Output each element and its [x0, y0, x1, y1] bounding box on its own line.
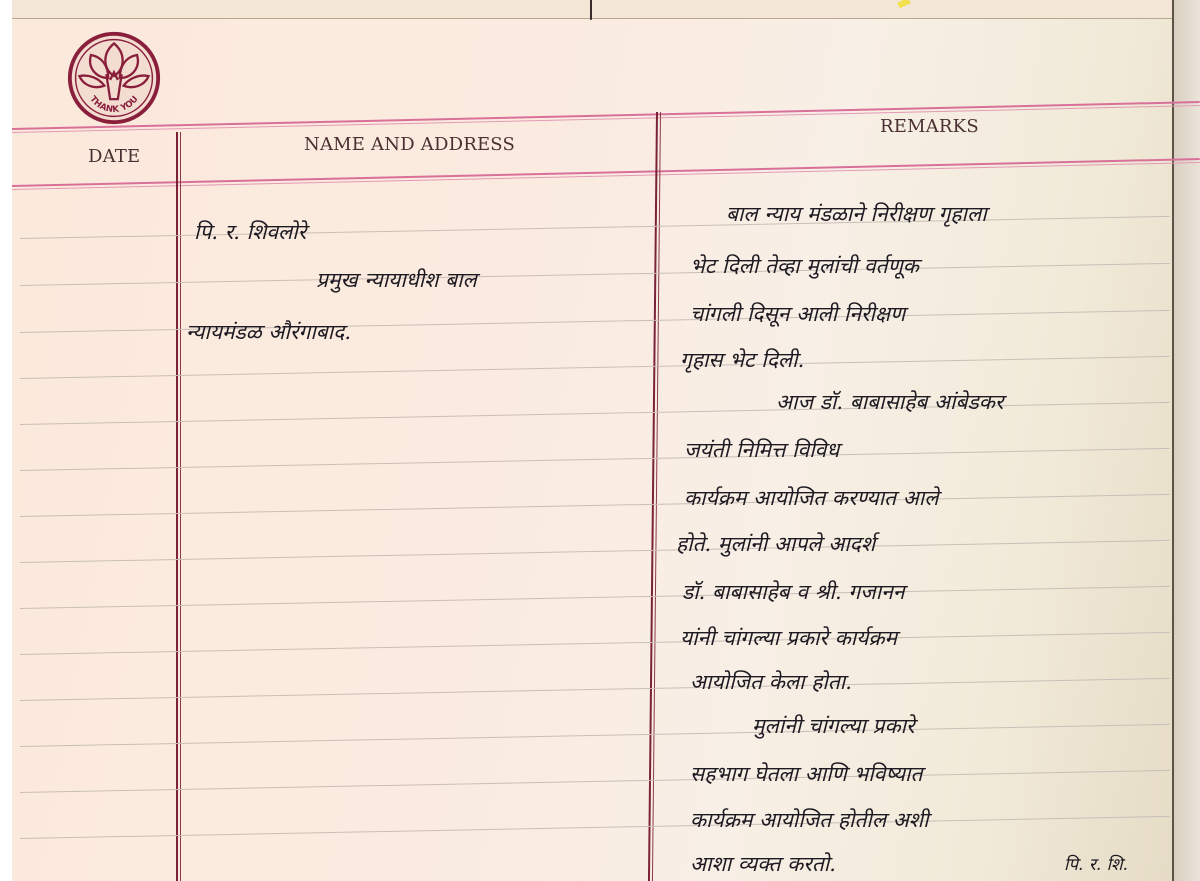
name-line: पि. र. शिवलोरे — [194, 218, 306, 246]
remarks-line: कार्यक्रम आयोजित होतील अशी — [690, 806, 929, 834]
remarks-line: होते. मुलांनी आपले आदर्श — [676, 530, 875, 558]
thank-you-stamp-icon: THANK YOU — [66, 30, 162, 126]
remarks-line: यांनी चांगल्या प्रकारे कार्यक्रम — [680, 624, 897, 652]
remarks-line: जयंती निमित्त विविध — [684, 436, 839, 464]
remarks-line: सहभाग घेतला आणि भविष्यात — [690, 760, 922, 788]
remarks-line: डॉ. बाबासाहेब व श्री. गजानन — [682, 578, 905, 606]
column-header-name-address: NAME AND ADDRESS — [304, 134, 515, 155]
column-header-remarks: REMARKS — [880, 116, 979, 137]
address-line: न्यायमंडळ औरंगाबाद. — [186, 318, 351, 346]
page-edge — [1172, 0, 1200, 881]
scan-margin — [0, 0, 12, 881]
remarks-line: आशा व्यक्त करतो. — [690, 850, 836, 878]
column-header-date: DATE — [88, 146, 140, 167]
remarks-line: कार्यक्रम आयोजित करण्यात आले — [684, 484, 939, 512]
remarks-line: मुलांनी चांगल्या प्रकारे — [752, 712, 915, 740]
signature: पि. र. शि. — [1064, 852, 1128, 875]
remarks-line: चांगली दिसून आली निरीक्षण — [690, 300, 905, 328]
remarks-line: बाल न्याय मंडळाने निरीक्षण गृहाला — [726, 200, 987, 228]
remarks-line: गृहास भेट दिली. — [680, 346, 804, 374]
designation-line: प्रमुख न्यायाधीश बाल — [316, 266, 477, 294]
remarks-line: भेट दिली तेव्हा मुलांची वर्तणूक — [690, 252, 919, 280]
stray-pen-mark — [590, 0, 594, 20]
remarks-line: आज डॉ. बाबासाहेब आंबेडकर — [776, 388, 1003, 416]
register-page — [12, 0, 1172, 881]
date-column-divider — [176, 132, 178, 881]
remarks-line: आयोजित केला होता. — [690, 668, 852, 696]
